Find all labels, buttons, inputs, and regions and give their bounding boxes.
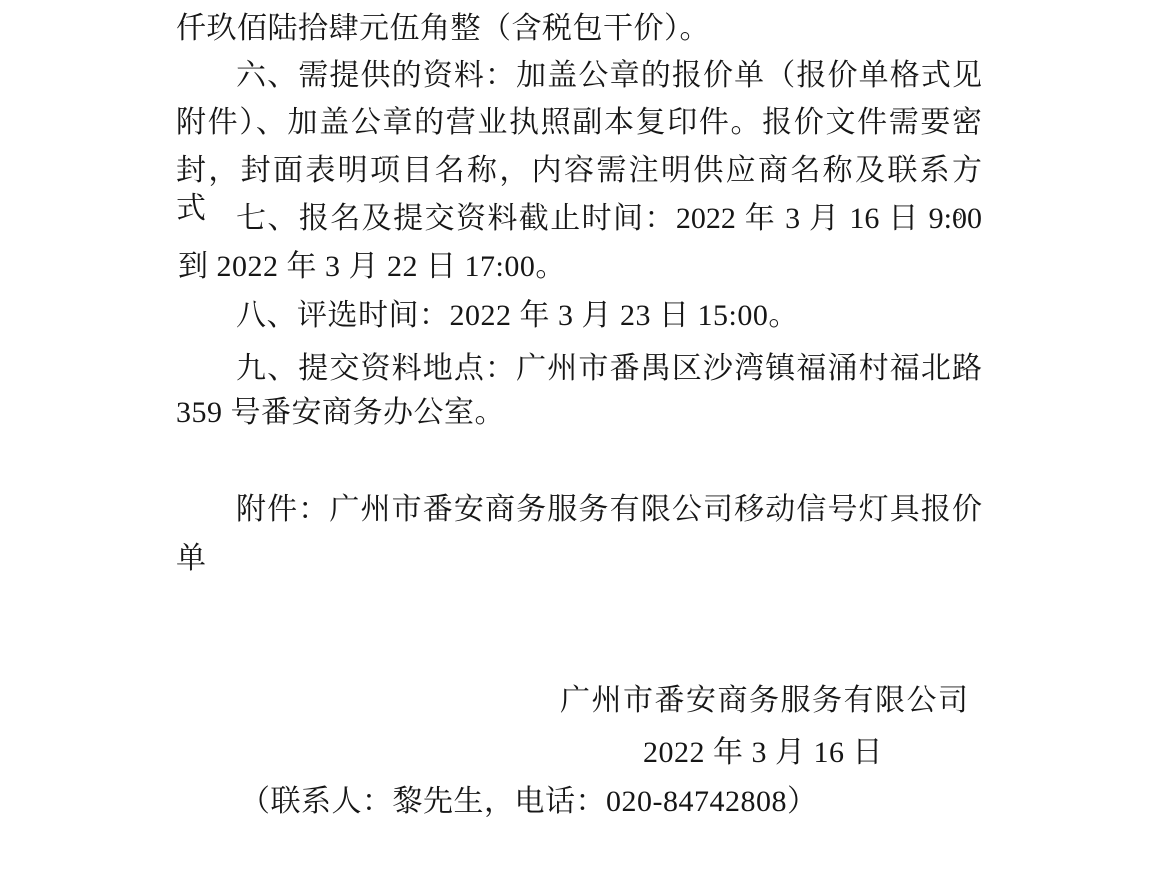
signature-date: 2022 年 3 月 16 日 [643,734,883,772]
line-item8: 八、评选时间：2022 年 3 月 23 日 15:00。 [236,297,799,335]
document-page: 仟玖佰陆拾肆元伍角整（含税包干价）。 六、需提供的资料：加盖公章的报价单（报价单… [0,0,1158,874]
line-amount-tail: 仟玖佰陆拾肆元伍角整（含税包干价）。 [176,10,710,48]
line-item7-cont: 到 2022 年 3 月 22 日 17:00。 [178,248,566,286]
line-attachment-cont: 单 [176,540,207,578]
signature-contact: （联系人：黎先生，电话：020-84742808） [240,783,818,821]
signature-company: 广州市番安商务服务有限公司 [560,682,970,720]
line-item7-start: 七、报名及提交资料截止时间：2022 年 3 月 16 日 9:00 [236,200,982,238]
line-item6-cont1: 附件）、加盖公章的营业执照副本复印件。报价文件需要密 [176,104,982,142]
line-item9-cont: 359 号番安商务办公室。 [176,394,505,432]
line-item6-start: 六、需提供的资料：加盖公章的报价单（报价单格式见 [236,57,982,95]
line-attachment-start: 附件：广州市番安商务服务有限公司移动信号灯具报价 [236,491,982,529]
line-item9-start: 九、提交资料地点：广州市番禺区沙湾镇福涌村福北路 [236,350,982,388]
